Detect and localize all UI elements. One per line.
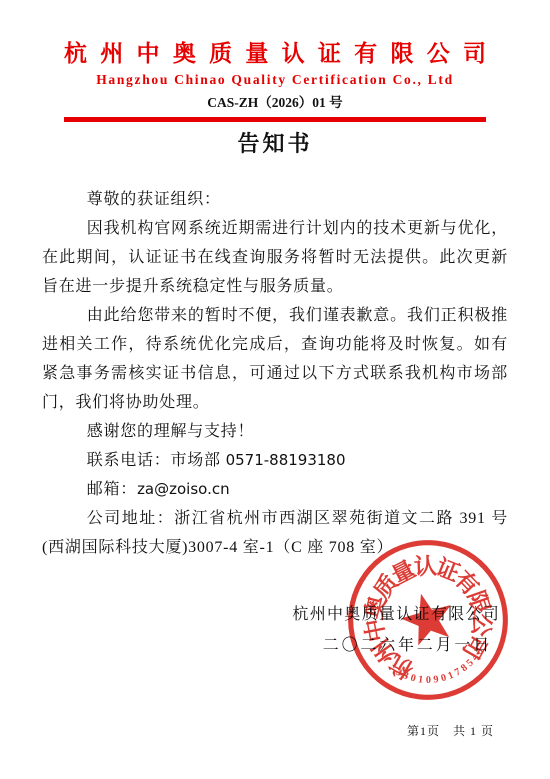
letterhead: 杭州中奥质量认证有限公司 Hangzhou Chinao Quality Cer… (0, 0, 550, 122)
address-line-2: (西湖国际科技大厦)3007-4 室-1（C 座 708 室） (42, 533, 508, 562)
svg-text:8: 8 (459, 662, 470, 674)
signature-block: 杭州中奥质量认证有限公司 二〇二六年二月一日 (0, 600, 550, 662)
svg-text:9: 9 (433, 674, 440, 686)
red-divider-line (64, 117, 486, 122)
phone-number: 0571-88193180 (226, 451, 346, 469)
phone-label: 联系电话：市场部 (87, 452, 226, 469)
email-line: 邮箱：za@zoiso.cn (42, 475, 508, 504)
salutation: 尊敬的获证组织： (42, 185, 508, 214)
svg-text:1: 1 (417, 674, 423, 686)
address-line-1: 公司地址：浙江省杭州市西湖区翠苑街道文二路 391 号 (42, 504, 508, 533)
email-address: za@zoiso.cn (137, 480, 230, 498)
notice-document-page: 杭州中奥质量认证有限公司 Hangzhou Chinao Quality Cer… (0, 0, 550, 779)
company-name-cn: 杭州中奥质量认证有限公司 (64, 40, 486, 69)
document-title: 告知书 (0, 131, 550, 157)
svg-text:0: 0 (409, 673, 417, 685)
document-number: CAS-ZH（2026）01 号 (0, 95, 550, 111)
body-line: 门，我们将协助处理。 (42, 388, 508, 417)
svg-text:7: 7 (453, 666, 463, 678)
signature-date: 二〇二六年二月一日 (0, 630, 550, 662)
letter-body: 尊敬的获证组织： 因我机构官网系统近期需进行计划内的技术更新与优化， 在此期间，… (42, 185, 508, 562)
svg-text:3: 3 (394, 667, 404, 679)
svg-text:3: 3 (401, 670, 410, 682)
body-line: 紧急事务需核实证书信息，可通过以下方式联系我机构市场部 (42, 359, 508, 388)
svg-text:有: 有 (450, 566, 485, 601)
phone-line: 联系电话：市场部 0571-88193180 (42, 446, 508, 475)
body-line: 旨在进一步提升系统稳定性与服务质量。 (42, 272, 508, 301)
company-name-en: Hangzhou Chinao Quality Certification Co… (0, 72, 550, 88)
body-line: 由此给您带来的暂时不便，我们谨表歉意。我们正积极推 (42, 301, 508, 330)
svg-text:1: 1 (447, 670, 456, 682)
email-label: 邮箱： (87, 481, 137, 498)
signature-company: 杭州中奥质量认证有限公司 (0, 600, 550, 630)
svg-text:0: 0 (440, 672, 448, 684)
body-line: 进相关工作，待系统优化完成后，查询功能将及时恢复。如有 (42, 330, 508, 359)
body-line: 因我机构官网系统近期需进行计划内的技术更新与优化， (42, 214, 508, 243)
body-line: 在此期间，认证证书在线查询服务将暂时无法提供。此次更新 (42, 243, 508, 272)
body-line: 感谢您的理解与支持！ (42, 417, 508, 446)
svg-text:0: 0 (426, 675, 431, 686)
page-info: 第1页 共 1 页 (407, 722, 494, 739)
